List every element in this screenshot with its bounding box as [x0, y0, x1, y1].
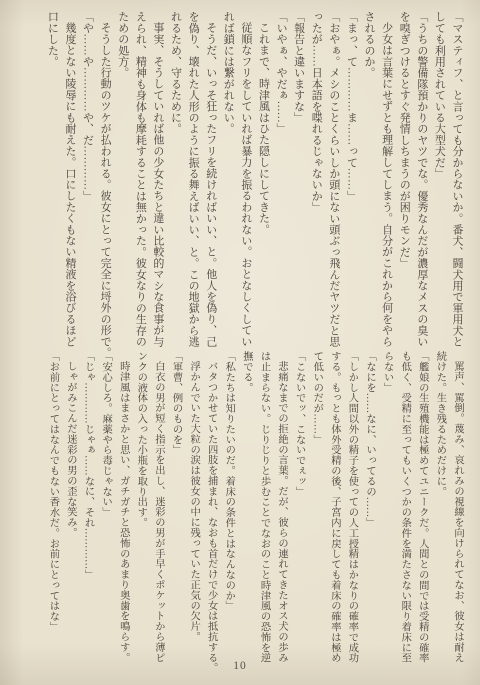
page-number: 10 [0, 660, 480, 672]
text-line: 時津風はまさかと思い、ガチガチと恐怖のあまり奥歯を鳴らす。 [117, 351, 129, 663]
text-line: 「報告と違いますな」 [293, 11, 305, 351]
text-line: そうした行動のツケが払われる。彼女にとって完全に埒外の形で。 [99, 11, 111, 351]
text-line: 「マスティフ、と言っても分からないか。番犬、闘犬用で軍用犬と [451, 11, 463, 351]
text-line: 「まっ、て…………ま……って……」 [345, 11, 357, 351]
text-line: 「しかし人間以外の精子を使っての人工授精はかなりの確率で成功 [345, 351, 357, 663]
text-line: を偽り、壊れた人形のように振る舞えばいい、と。この地獄から逃 [187, 11, 199, 351]
text-line: らない」 [381, 351, 393, 663]
text-line: 従順なフリをしていれば暴力を振るわれない。おとなしくしてい [240, 11, 252, 351]
text-line: しゃがみこんだ迷彩の男の歪な笑み。 [64, 351, 76, 663]
text-line: 続けた。生き残るためだけに。 [433, 351, 445, 663]
text-line: しても利用されている大型犬だ」 [433, 11, 445, 351]
text-line: そうだ、いっそ狂ったフリを続ければいい、と。他人を偽り、己 [205, 11, 217, 351]
text-line: ための処方。 [117, 11, 129, 351]
text-line: 口にした。 [46, 11, 58, 351]
text-line: バタつかせていた四肢を捕まれ、なおも首だけで少女は抵抗する。 [205, 351, 217, 663]
text-line: 「お前にとってはなんでもない香水だ。お前にとってはな」 [46, 351, 58, 663]
text-line: 罵声、罵倒。蔑み、哀れみの視線を向けられてなお、彼女は耐え [451, 351, 463, 663]
text-line: 幾度とない陵辱にも耐えた。口にしたくもない精液を浴びるほど [64, 11, 76, 351]
text-line: えられ、精神も身体も摩耗することは無かった。彼女なりの生存の [134, 11, 146, 351]
text-line: 「いやぁ、やだぁ……」 [275, 11, 287, 351]
text-line: も低く、受精に至ってもいくつかの条件を満たさない限り着床に至 [398, 351, 410, 663]
text-line: 浮かんでいた大粒の涙は彼女の中に残っていた正気の欠片。 [187, 351, 199, 663]
text-line: 「じゃ…………じゃぁ……なに、それ…………」 [82, 351, 94, 663]
text-line: 「おやぁ。メシのことくらいしか頭にない頭ぶっ飛んだヤツだと思 [328, 11, 340, 351]
text-line: 事実、そうしていれば他の少女たちと違い比較的マシな食事が与 [152, 11, 164, 351]
text-line: 悲痛なまでの拒絶の言葉。だが、彼らの連れてきたオス犬の歩み [275, 351, 287, 663]
text-line: 「安心しろ。麻薬やら毒じゃない」 [99, 351, 111, 663]
text-line: 「や……や…………や、だ…………」 [82, 11, 94, 351]
book-page: 「マスティフ、と言っても分からないか。番犬、闘犬用で軍用犬としても利用されている… [0, 0, 480, 685]
text-line: ったが……日本語を喋れるじゃないか」 [310, 11, 322, 351]
text-line: は止まらない。じりじりと歩むことでなおのこと時津風の恐怖を逆 [257, 351, 269, 663]
text-line: れるため、守るために。 [170, 11, 182, 351]
text-line: 「私たちは知りたいのだ。着床の条件とはなんなのか」 [222, 351, 234, 663]
text-line: て低いのだが……」 [310, 351, 322, 663]
text-line: 「うちの警備隊預かりのヤツでな。優秀なんだが濃厚なメスの臭い [416, 11, 428, 351]
text-line: 白衣の男が短く指示を出し、迷彩の男が手早くポケットから薄ピ [152, 351, 164, 663]
text-line: する。もっとも体外受精の後、子宮内に戻しても着床の確率は極め [328, 351, 340, 663]
text-line: 少女は言葉にせずとも理解してしまう。自分がこれから何をやら [381, 11, 393, 351]
text-line: を嗅ぎつけるとすぐ発情しちまうのが困りモンだ」 [398, 11, 410, 351]
text-line: れば鎖には繋がれない。 [222, 11, 234, 351]
text-line: ンクの液体の入った小瓶を取り出す。 [134, 351, 146, 663]
text-line: これまで、時津風はひた隠しにしてきた。 [257, 11, 269, 351]
text-band-bottom: 罵声、罵倒。蔑み、哀れみの視線を向けられてなお、彼女は耐え続けた。生き残るためだ… [41, 351, 463, 663]
text-line: 撫でる。 [240, 351, 252, 663]
text-line: 「軍曹、例のものを」 [170, 351, 182, 663]
text-line: されるのか。 [363, 11, 375, 351]
text-line: 「なにを……なに、いってるの……」 [363, 351, 375, 663]
text-line: 「こないでッ、こないでぇッ」 [293, 351, 305, 663]
text-line: 「艦娘の生殖機能は極めてユニークだ。人間との間では受精の確率 [416, 351, 428, 663]
text-band-top: 「マスティフ、と言っても分からないか。番犬、闘犬用で軍用犬としても利用されている… [41, 11, 463, 351]
